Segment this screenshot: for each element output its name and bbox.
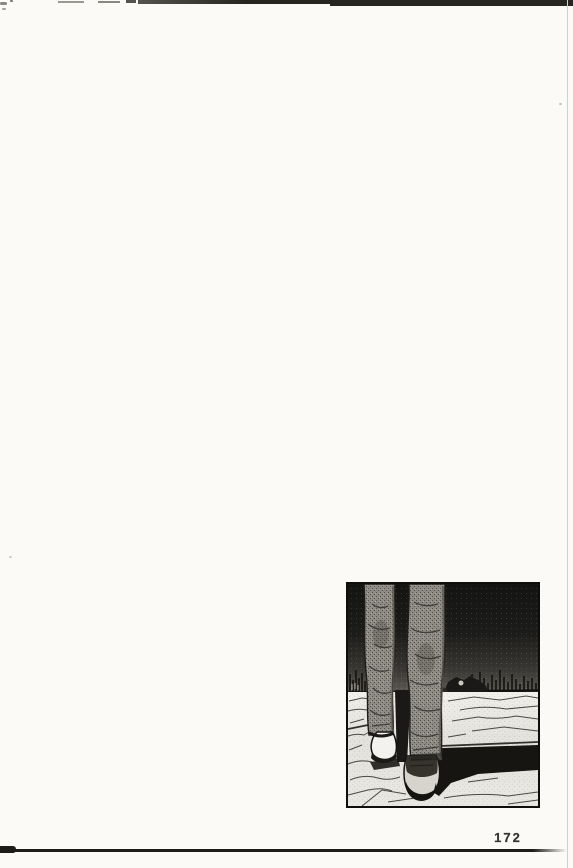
manga-panel	[346, 582, 540, 808]
scan-speck	[126, 0, 136, 3]
scan-speck	[0, 2, 7, 5]
scan-speck	[98, 1, 120, 3]
manga-panel-art	[348, 584, 538, 806]
scan-speck	[58, 1, 84, 3]
bottom-page-edge-line	[0, 849, 567, 852]
scan-speck	[9, 556, 12, 558]
page-number: 172	[487, 830, 529, 845]
right-page-edge-line	[567, 0, 568, 868]
manga-page: 172	[0, 0, 573, 868]
scan-speck	[559, 103, 562, 105]
top-page-edge-shadow-right	[330, 0, 573, 6]
scan-speck	[10, 0, 13, 2]
bottom-page-edge-blob	[0, 846, 16, 853]
scan-speck	[2, 8, 6, 10]
